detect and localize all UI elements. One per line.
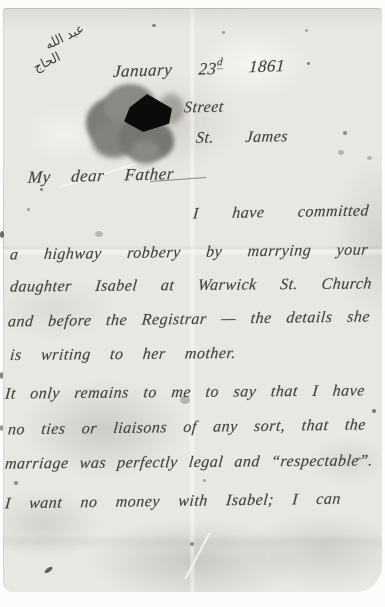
word: and <box>234 453 261 471</box>
word: at <box>160 277 175 295</box>
word: Warwick <box>197 276 258 295</box>
word: Church <box>321 275 373 293</box>
word: and <box>7 313 34 331</box>
word: say <box>233 383 258 401</box>
word: the <box>250 310 273 328</box>
body-line-3: daughterIsabelatWarwickSt.Church <box>9 275 373 296</box>
paper-speck <box>307 62 310 65</box>
date-day: 23d <box>198 58 223 80</box>
word: your <box>336 241 369 259</box>
word: dear <box>70 166 105 187</box>
paper-scratch <box>184 532 210 579</box>
date-day-number: 23 <box>198 59 217 79</box>
word: by <box>205 244 223 262</box>
word: to <box>109 346 124 364</box>
ink-blot-lobe <box>130 140 160 164</box>
body-line-1: Ihavecommitted <box>192 202 370 223</box>
word: highway <box>43 245 102 264</box>
paper-speck <box>190 542 194 546</box>
word: I <box>192 205 199 223</box>
paper-speck <box>95 231 103 237</box>
word: with <box>177 493 208 511</box>
paper-speck <box>14 481 18 485</box>
paper-speck <box>203 479 206 482</box>
word: no <box>80 494 99 512</box>
word: details <box>285 309 333 328</box>
word: have <box>332 382 366 400</box>
paper-speck <box>44 566 54 574</box>
word: the <box>105 312 128 330</box>
paper-speck <box>0 372 3 379</box>
paper-speck <box>27 208 30 211</box>
word: St. <box>279 276 299 294</box>
word: James <box>245 128 289 147</box>
word: — <box>220 310 236 328</box>
word: or <box>81 420 98 438</box>
paper-marks-layer <box>0 0 385 607</box>
word: marrying <box>247 242 312 261</box>
paper-speck <box>372 409 376 413</box>
body-line-8: marriagewasperfectlylegaland“respectable… <box>4 452 374 473</box>
paper-speck <box>338 150 344 155</box>
word: mother. <box>184 345 237 363</box>
paper-speck <box>367 156 372 160</box>
word: is <box>9 347 22 365</box>
word: robbery <box>126 244 181 263</box>
word: It <box>4 385 17 403</box>
body-line-6: ItonlyremainstometosaythatIhave <box>4 382 366 403</box>
word: remains <box>74 384 130 402</box>
word: committed <box>297 202 370 221</box>
word: before <box>47 312 92 331</box>
word: any <box>212 418 238 436</box>
word: daughter <box>9 278 73 297</box>
word: the <box>344 416 367 434</box>
word: a <box>9 246 19 264</box>
word: to <box>205 384 220 402</box>
word: have <box>231 204 265 223</box>
word: money <box>115 493 161 512</box>
date-month: January <box>112 60 173 83</box>
word: Registrar <box>141 311 208 330</box>
word: only <box>29 385 60 403</box>
word: ties <box>40 421 66 439</box>
body-line-5: iswritingtohermother. <box>9 345 237 365</box>
word: writing <box>40 346 91 364</box>
word: of <box>183 419 198 437</box>
paper-speck <box>40 188 43 191</box>
word: “respectable”. <box>270 452 374 471</box>
word: marriage <box>4 455 69 474</box>
word: Isabel; <box>225 492 275 511</box>
address-district: St.James <box>195 128 289 148</box>
paper-speck <box>0 425 3 431</box>
word: My <box>27 167 51 188</box>
word: she <box>346 308 370 326</box>
paper-speck <box>152 24 156 27</box>
word: liaisons <box>112 419 167 438</box>
word: St. <box>195 129 215 147</box>
word: Isabel <box>94 277 138 295</box>
date-day-suffix: d <box>217 56 224 69</box>
paper-speck <box>0 231 4 238</box>
paper-speck <box>222 31 225 34</box>
word: to <box>143 384 158 402</box>
paper-speck <box>343 131 347 135</box>
word: I <box>291 491 298 509</box>
word: can <box>315 491 341 509</box>
ink-blot <box>78 82 186 168</box>
word: was <box>79 455 107 473</box>
word: that <box>301 417 330 435</box>
word: sort, <box>253 418 286 436</box>
word: I <box>4 495 11 513</box>
word: want <box>28 495 63 513</box>
address-street: Street <box>183 99 224 118</box>
word: perfectly <box>116 454 178 473</box>
word: that <box>270 383 299 401</box>
word: me <box>171 384 192 402</box>
word: legal <box>188 454 224 472</box>
date-year: 1861 <box>248 56 285 78</box>
word: I <box>311 383 319 401</box>
word: her <box>142 346 167 364</box>
letter-photo: عبد الله الحاج January 23d 1861 Street S… <box>0 0 385 607</box>
word: no <box>7 421 26 439</box>
paper-speck <box>305 29 308 32</box>
